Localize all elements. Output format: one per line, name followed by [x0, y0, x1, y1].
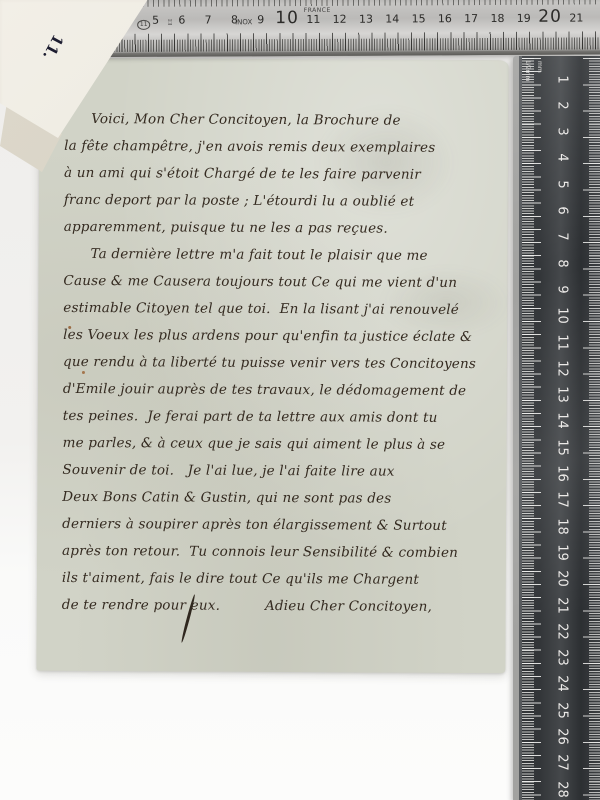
letter-line: la fête champêtre, j'en avois remis deux… [64, 133, 496, 162]
ruler-number: 18 [555, 515, 570, 537]
letter-line: Deux Bons Catin & Gustin, qui ne sont pa… [62, 484, 494, 513]
letter-line: estimable Citoyen tel que toi. En la lis… [63, 295, 495, 324]
ruler-stamp: INOX [235, 18, 252, 26]
ruler-stamp: 610 [109, 20, 127, 30]
letter-line: apparemment, puisque tu ne les a pas reç… [64, 214, 496, 243]
ruler-number: 3 [555, 121, 570, 143]
ruler-number: 12 [555, 357, 570, 379]
ruler-number: 7 [555, 226, 570, 248]
ruler-cm-ticks [583, 58, 600, 800]
ruler-number: 15 [412, 12, 426, 25]
ruler-number: 25 [555, 699, 570, 721]
letter-line: les Voeux les plus ardens pour qu'enfin … [63, 322, 495, 351]
ruler-number: 14 [555, 410, 570, 432]
letter-line: derniers à soupirer après ton élargissem… [62, 511, 494, 540]
letter-line: franc deport par la poste ; L'étourdi lu… [64, 187, 496, 216]
letter-line: Ta dernière lettre m'a fait tout le plai… [64, 241, 496, 270]
ruler-number: 11 [555, 331, 570, 353]
ruler-number: 6 [178, 14, 185, 27]
ruler-number: 9 [257, 13, 264, 26]
ruler-number: 20 [555, 568, 570, 590]
ruler-number: 8 [555, 252, 570, 274]
letter-line: Voici, Mon Cher Concitoyen, la Brochure … [64, 106, 496, 135]
ruler-number: 13 [359, 13, 373, 26]
scale-label-mm: mm [536, 61, 543, 73]
scale-label-halfmm: 1/2mm [524, 60, 531, 81]
photo-scene: Voici, Mon Cher Concitoyen, la Brochure … [0, 0, 600, 800]
ruler-number: 9 [555, 278, 570, 300]
manuscript-page: Voici, Mon Cher Concitoyen, la Brochure … [36, 58, 508, 673]
ruler-number: 10 [555, 305, 570, 327]
ruler-number: 5 [555, 173, 570, 195]
letter-lines: Voici, Mon Cher Concitoyen, la Brochure … [62, 106, 497, 621]
ruler-number: 16 [438, 12, 452, 25]
ruler-halfmm-ticks [0, 0, 600, 8]
ruler-number: 3 [99, 14, 106, 27]
ruler-number: 4 [555, 147, 570, 169]
ruler-number: 10 [275, 8, 299, 28]
ruler-stamp: mm [84, 19, 98, 27]
ruler-number: 4 [126, 14, 133, 27]
ruler-stamp: ♖ [167, 19, 173, 27]
ruler-number: 15 [555, 436, 570, 458]
ruler-number: 5 [152, 14, 159, 27]
ruler-number: 27 [555, 752, 570, 774]
letter-line: d'Emile jouir auprès de tes travaux, le … [63, 376, 495, 405]
horizontal-ruler: 3456789101112131415161718192021 mm61011♖… [0, 0, 600, 58]
ruler-number: 18 [490, 12, 504, 25]
ruler-number: 13 [555, 384, 570, 406]
ruler-number: 20 [538, 7, 562, 27]
ruler-number: 19 [555, 541, 570, 563]
ruler-number: 6 [555, 200, 570, 222]
ruler-number: 14 [385, 12, 399, 25]
letter-line: de te rendre pour eux. Adieu Cher Concit… [62, 592, 494, 621]
ruler-number: 12 [333, 13, 347, 26]
ruler-halfcm-ticks [522, 58, 541, 800]
ruler-number: 21 [569, 12, 583, 25]
vertical-ruler: 1/2mm mm 1234567891011121314151617181920… [513, 56, 600, 800]
ruler-number: 19 [517, 12, 531, 25]
ruler-number: 23 [555, 647, 570, 669]
ruler-number: 26 [555, 726, 570, 748]
letter-line: ils t'aiment, fais le dire tout Ce qu'il… [62, 565, 494, 594]
ruler-number: 17 [555, 489, 570, 511]
letter-line: à un ami qui s'étoit Chargé de te les fa… [64, 160, 496, 189]
letter-line: Cause & me Causera toujours tout Ce qui … [63, 268, 495, 297]
ruler-halfcm-ticks [0, 31, 600, 52]
ruler-number: 1 [555, 68, 570, 90]
ruler-number: 17 [464, 12, 478, 25]
letter-line: tes peines. Je ferai part de ta lettre a… [63, 403, 495, 432]
ruler-number: 22 [555, 620, 570, 642]
ruler-number: 2 [555, 94, 570, 116]
letter-line: Souvenir de toi. Je l'ai lue, je l'ai fa… [62, 457, 494, 486]
ruler-stamp: 11 [137, 20, 151, 30]
ruler-number: 11 [306, 13, 320, 26]
ruler-stamp: FRANCE [304, 7, 331, 14]
ruler-number: 24 [555, 673, 570, 695]
ruler-number: 21 [555, 594, 570, 616]
ruler-number: 28 [555, 778, 570, 800]
letter-line: me parles, & à ceux que je sais qui aime… [63, 430, 495, 459]
ruler-number: 16 [555, 463, 570, 485]
ruler-number: 7 [205, 13, 212, 26]
letter-line: que rendu à ta liberté tu puisse venir v… [63, 349, 495, 378]
letter-line: après ton retour. Tu connois leur Sensib… [62, 538, 494, 567]
